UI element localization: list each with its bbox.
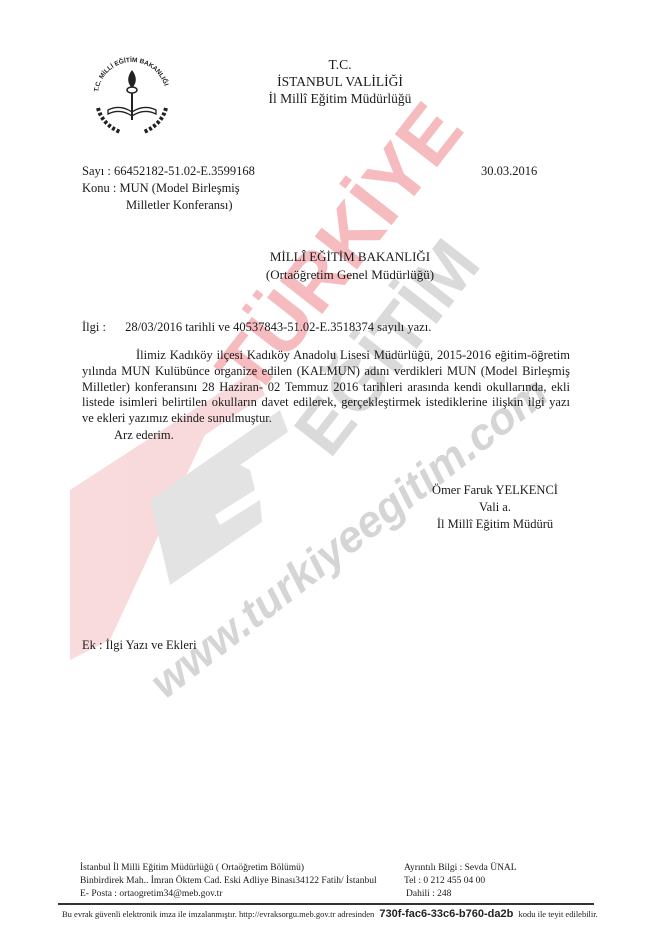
footer-address: Binbirdirek Mah.. İmran Öktem Cad. Eski …	[80, 875, 377, 888]
document-date: 30.03.2016	[481, 163, 537, 180]
header-governorship: İSTANBUL VALİLİĞİ	[240, 73, 440, 91]
header-directorate: İl Millî Eğitim Müdürlüğü	[240, 90, 440, 108]
footer-phone: Tel : 0 212 455 04 00	[404, 875, 485, 888]
signatory-name: Ömer Faruk YELKENCİ	[405, 481, 585, 499]
reference-line: İlgi : 28/03/2016 tarihli ve 40537843-51…	[82, 320, 431, 335]
sayi-label: Sayı	[82, 164, 104, 178]
header-tc: T.C.	[240, 56, 440, 74]
verify-suffix: kodu ile teyit edilebilir.	[518, 909, 597, 919]
konu-value: : MUN (Model Birleşmiş	[113, 181, 240, 195]
footer-extension: Dahili : 248	[406, 888, 451, 901]
verification-code: 730f-fac6-33c6-b760-da2b	[379, 908, 513, 920]
signatory-title-2: İl Millî Eğitim Müdürü	[405, 515, 585, 533]
footer-office: İstanbul İl Milli Eğitim Müdürlüğü ( Ort…	[80, 862, 304, 875]
konu-label: Konu	[82, 181, 110, 195]
paragraph-text: İlimiz Kadıköy ilçesi Kadıköy Anadolu Li…	[82, 348, 570, 427]
addressee-department: (Ortaöğretim Genel Müdürlüğü)	[200, 266, 500, 284]
subject-continued: Milletler Konferansı)	[126, 197, 233, 214]
ilgi-label: İlgi :	[82, 320, 122, 335]
verification-note: Bu evrak güvenli elektronik imza ile imz…	[62, 908, 598, 920]
verify-prefix: Bu evrak güvenli elektronik imza ile imz…	[62, 909, 374, 919]
signatory-title-1: Vali a.	[405, 498, 585, 516]
document-number: Sayı : 66452182-51.02-E.3599168	[82, 163, 255, 180]
subject: Konu : MUN (Model Birleşmiş	[82, 180, 240, 197]
footer-divider	[58, 903, 594, 905]
addressee-ministry: MİLLÎ EĞİTİM BAKANLIĞI	[200, 248, 500, 266]
ministry-logo: T.C. MİLLİ EĞİTİM BAKANLIĞI	[84, 48, 180, 140]
closing-text: Arz ederim.	[114, 428, 174, 443]
body-paragraph: İlimiz Kadıköy ilçesi Kadıköy Anadolu Li…	[82, 348, 570, 427]
sayi-value: : 66452182-51.02-E.3599168	[107, 164, 255, 178]
footer-contact-person: Ayrıntılı Bilgi : Sevda ÜNAL	[404, 862, 517, 875]
footer-email: E- Posta : ortaogretim34@meb.gov.tr	[80, 888, 222, 901]
attachment-note: Ek : İlgi Yazı ve Ekleri	[82, 638, 197, 653]
ilgi-text: 28/03/2016 tarihli ve 40537843-51.02-E.3…	[125, 320, 431, 334]
